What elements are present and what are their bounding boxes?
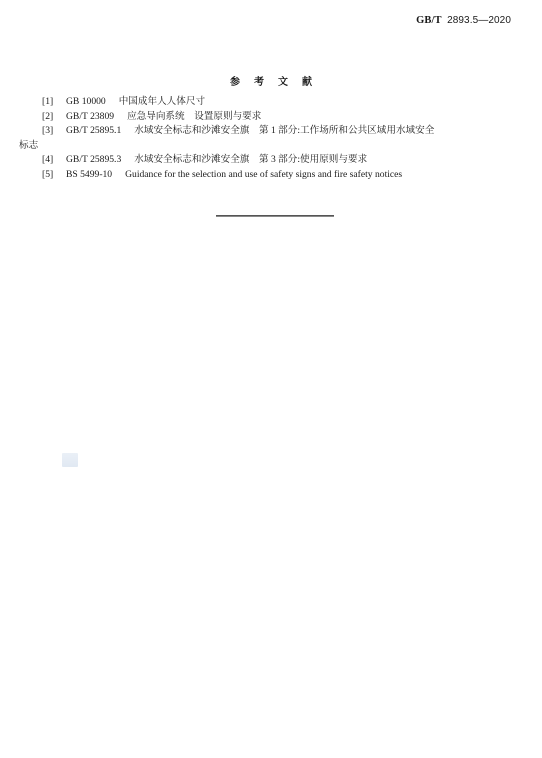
faint-image-artifact xyxy=(62,453,78,467)
end-rule-divider xyxy=(216,215,334,217)
reference-index: [2] xyxy=(42,110,53,125)
section-title: 参考文献 xyxy=(0,73,542,88)
reference-index: [5] xyxy=(42,168,53,183)
reference-title: 水域安全标志和沙滩安全旗 第 3 部分:使用原则与要求 xyxy=(134,154,367,165)
reference-code: GB/T 25895.3 xyxy=(66,154,121,165)
standard-number: 2893.5—2020 xyxy=(447,15,511,26)
reference-title-continuation: 标志 xyxy=(19,139,38,154)
reference-item: [3] GB/T 25895.1水域安全标志和沙滩安全旗 第 1 部分:工作场所… xyxy=(0,124,542,153)
reference-index: [1] xyxy=(42,95,53,110)
reference-code: GB 10000 xyxy=(66,96,106,107)
reference-title: 中国成年人人体尺寸 xyxy=(119,96,205,107)
reference-code: BS 5499-10 xyxy=(66,169,112,180)
reference-item: [2] GB/T 23809应急导向系统 设置原则与要求 xyxy=(0,110,542,125)
reference-title: 应急导向系统 设置原则与要求 xyxy=(127,111,261,122)
reference-index: [3] xyxy=(42,124,53,139)
reference-index: [4] xyxy=(42,153,53,168)
reference-item: [5] BS 5499-10Guidance for the selection… xyxy=(0,168,542,183)
standard-code-header: GB/T 2893.5—2020 xyxy=(416,15,511,26)
reference-title: Guidance for the selection and use of sa… xyxy=(125,169,402,180)
reference-list: [1] GB 10000中国成年人人体尺寸 [2] GB/T 23809应急导向… xyxy=(0,95,542,183)
reference-item: [1] GB 10000中国成年人人体尺寸 xyxy=(0,95,542,110)
reference-item: [4] GB/T 25895.3水域安全标志和沙滩安全旗 第 3 部分:使用原则… xyxy=(0,153,542,168)
standard-prefix: GB/T xyxy=(416,15,442,26)
reference-code: GB/T 25895.1 xyxy=(66,125,121,136)
reference-title: 水域安全标志和沙滩安全旗 第 1 部分:工作场所和公共区域用水域安全 xyxy=(134,125,434,136)
reference-code: GB/T 23809 xyxy=(66,111,114,122)
